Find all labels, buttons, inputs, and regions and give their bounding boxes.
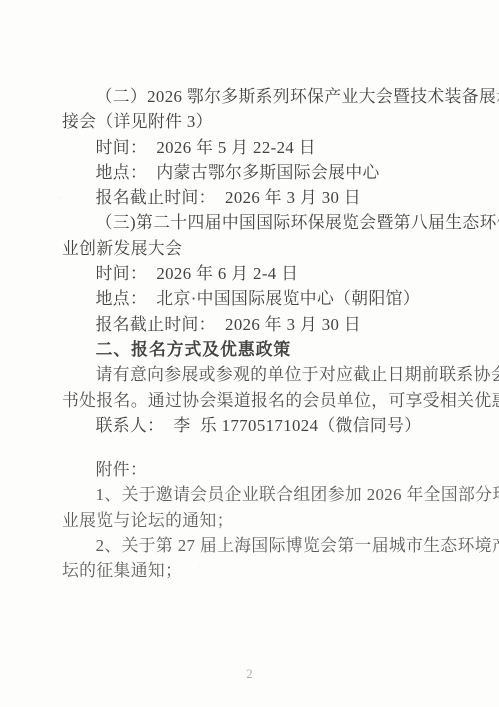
blank-line [62, 438, 473, 457]
page-number: 2 [0, 667, 499, 682]
doc-line: 坛的征集通知； [62, 558, 473, 583]
doc-line: 2、关于第 27 届上海国际博览会第一届城市生态环境产业论 [62, 533, 473, 558]
doc-line: 1、关于邀请会员企业联合组团参加 2026 年全国部分环保产 [62, 482, 473, 507]
section-heading: 二、报名方式及优惠政策 [62, 337, 473, 362]
doc-line: 地点： 北京·中国国际展览中心（朝阳馆） [62, 286, 473, 311]
doc-line: 接会（详见附件 3） [62, 109, 473, 134]
doc-line: 附件： [62, 457, 473, 482]
doc-line: 报名截止时间： 2026 年 3 月 30 日 [62, 185, 473, 210]
doc-line: 联系人： 李 乐 17705171024（微信同号） [62, 413, 473, 438]
doc-line: （二）2026 鄂尔多斯系列环保产业大会暨技术装备展示对 [62, 84, 473, 109]
doc-line: 请有意向参展或参观的单位于对应截止日期前联系协会秘 [62, 362, 473, 387]
doc-line: 书处报名。通过协会渠道报名的会员单位，可享受相关优惠政策。 [62, 388, 473, 413]
doc-line: 业展览与论坛的通知； [62, 508, 473, 533]
doc-line: 时间： 2026 年 5 月 22-24 日 [62, 135, 473, 160]
doc-line: 地点： 内蒙古鄂尔多斯国际会展中心 [62, 160, 473, 185]
scanned-document-page: （二）2026 鄂尔多斯系列环保产业大会暨技术装备展示对接会（详见附件 3）时间… [0, 0, 499, 707]
doc-line: 业创新发展大会 [62, 236, 473, 261]
doc-line: （三)第二十四届中国国际环保展览会暨第八届生态环保产 [62, 210, 473, 235]
doc-line: 时间： 2026 年 6 月 2-4 日 [62, 261, 473, 286]
doc-line: 报名截止时间： 2026 年 3 月 30 日 [62, 312, 473, 337]
document-body: （二）2026 鄂尔多斯系列环保产业大会暨技术装备展示对接会（详见附件 3）时间… [62, 84, 473, 584]
